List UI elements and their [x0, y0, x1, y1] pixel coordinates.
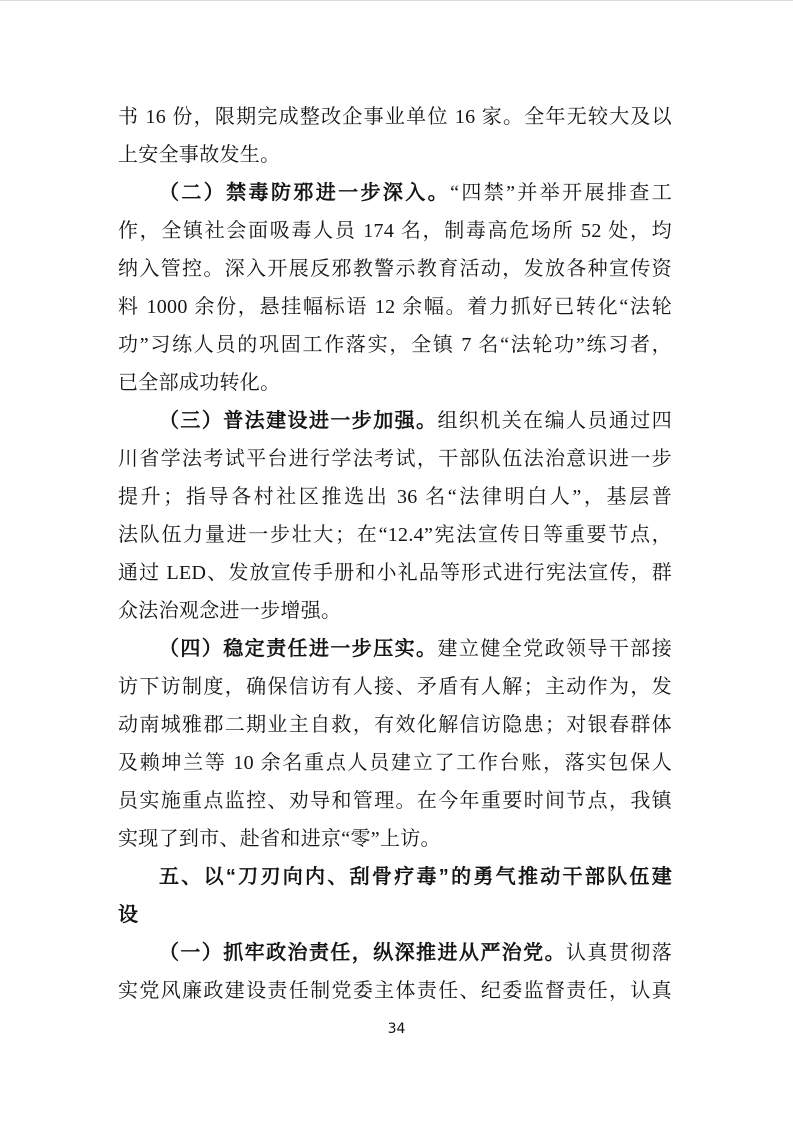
body-text: 实党风廉政建设责任制党委主体责任、纪委监督责任，认真: [118, 980, 672, 1002]
body-text: 及赖坤兰等 10 余名重点人员建立了工作台账，落实包保人: [118, 752, 672, 774]
text-line: （三）普法建设进一步加强。组织机关在编人员通过四: [118, 402, 672, 440]
body-text: 法队伍力量进一步壮大；在“12.4”宪法宣传日等重要节点，: [118, 524, 672, 546]
document-body: 书 16 份，限期完成整改企事业单位 16 家。全年无较大及以上安全事故发生。（…: [118, 98, 672, 1010]
body-text: 实现了到市、赴省和进京“零”上访。: [118, 828, 441, 850]
body-text: 作，全镇社会面吸毒人员 174 名，制毒高危场所 52 处，均: [118, 220, 672, 242]
body-text: 书 16 份，限期完成整改企事业单位 16 家。全年无较大及以: [118, 106, 672, 128]
text-line: 动南城雅郡二期业主自救，有效化解信访隐患；对银春群体: [118, 706, 672, 744]
text-line: 及赖坤兰等 10 余名重点人员建立了工作台账，落实包保人: [118, 744, 672, 782]
bold-lead-text: 设: [118, 904, 138, 926]
page-number: 34: [0, 1021, 793, 1037]
body-text: 料 1000 余份，悬挂幅标语 12 余幅。着力抓好已转化“法轮: [118, 296, 672, 318]
text-line: 功”习练人员的巩固工作落实，全镇 7 名“法轮功”练习者，: [118, 326, 672, 364]
body-text: “四禁”并举开展排查工: [450, 182, 672, 204]
body-text: 动南城雅郡二期业主自救，有效化解信访隐患；对银春群体: [118, 714, 672, 736]
text-line: （二）禁毒防邪进一步深入。“四禁”并举开展排查工: [118, 174, 672, 212]
text-line: 作，全镇社会面吸毒人员 174 名，制毒高危场所 52 处，均: [118, 212, 672, 250]
text-line: 实现了到市、赴省和进京“零”上访。: [118, 820, 672, 858]
body-text: 纳入管控。深入开展反邪教警示教育活动，发放各种宣传资: [118, 258, 672, 280]
text-line: 已全部成功转化。: [118, 364, 672, 402]
text-line: （一）抓牢政治责任，纵深推进从严治党。认真贯彻落: [118, 934, 672, 972]
text-line: 上安全事故发生。: [118, 136, 672, 174]
text-line: 员实施重点监控、劝导和管理。在今年重要时间节点，我镇: [118, 782, 672, 820]
document-page: 书 16 份，限期完成整改企事业单位 16 家。全年无较大及以上安全事故发生。（…: [0, 1, 793, 1122]
body-text: 建立健全党政领导干部接: [437, 638, 672, 660]
body-text: 上安全事故发生。: [118, 144, 280, 166]
body-text: 通过 LED、发放宣传手册和小礼品等形式进行宪法宣传，群: [118, 562, 672, 584]
body-text: 功”习练人员的巩固工作落实，全镇 7 名“法轮功”练习者，: [118, 334, 672, 356]
text-line: （四）稳定责任进一步压实。建立健全党政领导干部接: [118, 630, 672, 668]
body-text: 提升；指导各村社区推选出 36 名“法律明白人”，基层普: [118, 486, 672, 508]
body-text: 组织机关在编人员通过四: [437, 410, 672, 432]
text-line: 访下访制度，确保信访有人接、矛盾有人解；主动作为，发: [118, 668, 672, 706]
text-line: 众法治观念进一步增强。: [118, 592, 672, 630]
text-line: 五、以“刀刃向内、刮骨疗毒”的勇气推动干部队伍建: [118, 858, 672, 896]
text-line: 川省学法考试平台进行学法考试，干部队伍法治意识进一步: [118, 440, 672, 478]
text-line: 实党风廉政建设责任制党委主体责任、纪委监督责任，认真: [118, 972, 672, 1010]
text-line: 法队伍力量进一步壮大；在“12.4”宪法宣传日等重要节点，: [118, 516, 672, 554]
text-line: 提升；指导各村社区推选出 36 名“法律明白人”，基层普: [118, 478, 672, 516]
text-line: 通过 LED、发放宣传手册和小礼品等形式进行宪法宣传，群: [118, 554, 672, 592]
body-text: 川省学法考试平台进行学法考试，干部队伍法治意识进一步: [118, 448, 672, 470]
body-text: 认真贯彻落: [566, 942, 672, 964]
bold-lead-text: （四）稳定责任进一步压实。: [159, 638, 437, 660]
text-line: 料 1000 余份，悬挂幅标语 12 余幅。着力抓好已转化“法轮: [118, 288, 672, 326]
bold-lead-text: （一）抓牢政治责任，纵深推进从严治党。: [159, 942, 566, 964]
body-text: 员实施重点监控、劝导和管理。在今年重要时间节点，我镇: [118, 790, 672, 812]
body-text: 已全部成功转化。: [118, 372, 280, 394]
body-text: 众法治观念进一步增强。: [118, 600, 341, 622]
text-line: 设: [118, 896, 672, 934]
text-line: 纳入管控。深入开展反邪教警示教育活动，发放各种宣传资: [118, 250, 672, 288]
text-line: 书 16 份，限期完成整改企事业单位 16 家。全年无较大及以: [118, 98, 672, 136]
bold-lead-text: （二）禁毒防邪进一步深入。: [159, 182, 450, 204]
body-text: 访下访制度，确保信访有人接、矛盾有人解；主动作为，发: [118, 676, 672, 698]
bold-lead-text: （三）普法建设进一步加强。: [159, 410, 437, 432]
bold-lead-text: 五、以“刀刃向内、刮骨疗毒”的勇气推动干部队伍建: [159, 866, 672, 888]
